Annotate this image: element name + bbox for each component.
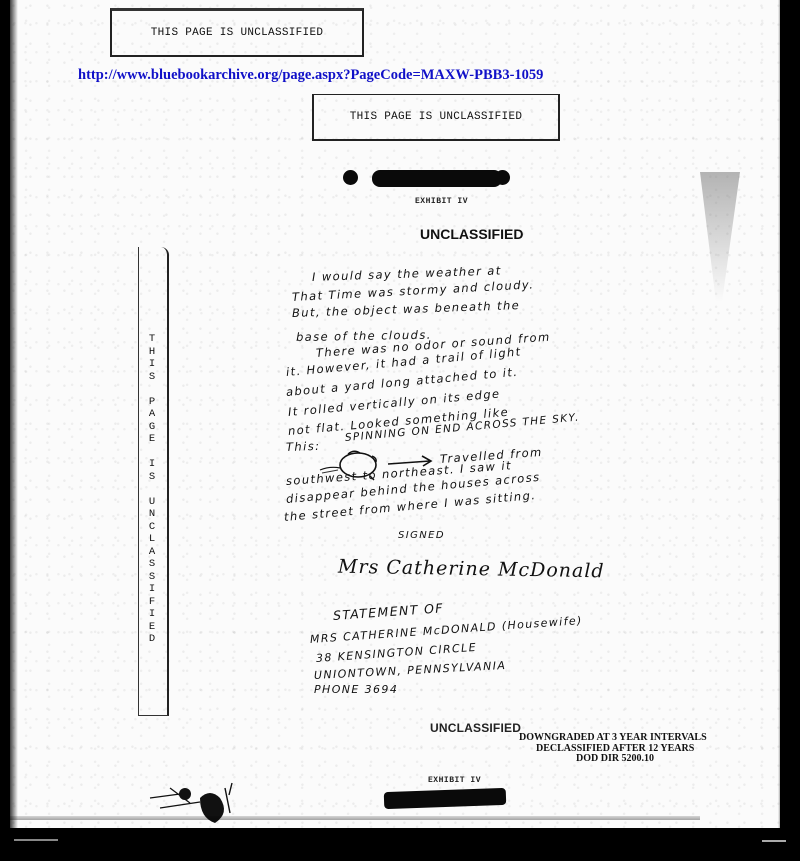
side-stamp-letter: G <box>149 421 155 434</box>
signed-label: SIGNED <box>398 530 445 541</box>
signature: Mrs Catherine McDonald <box>338 556 605 583</box>
scan-artifact <box>14 839 58 841</box>
side-stamp-letter: I <box>149 608 155 621</box>
hole-punch-left <box>343 170 358 185</box>
statement-phone: PHONE 3694 <box>314 683 398 696</box>
side-stamp-letter: I <box>149 358 155 371</box>
declassification-line: DOWNGRADED AT 3 YEAR INTERVALS <box>519 732 707 743</box>
side-stamp-letter: C <box>149 521 155 534</box>
exhibit-label-bottom: EXHIBIT IV <box>428 776 481 785</box>
unclassified-heading: UNCLASSIFIED <box>420 226 523 242</box>
side-stamp-letter: N <box>149 508 155 521</box>
side-stamp-letter: S <box>149 371 155 384</box>
side-stamp-letter: S <box>149 471 155 484</box>
side-stamp-letter: S <box>149 558 155 571</box>
side-stamp-letter: I <box>149 458 155 471</box>
hole-punch-right <box>495 170 510 185</box>
side-stamp-letter: S <box>149 571 155 584</box>
side-stamp-letter: D <box>149 633 155 646</box>
side-stamp-vertical-text: THIS PAGE IS UNCLASSIFIED <box>142 333 162 646</box>
unclassified-stamp-mid: THIS PAGE IS UNCLASSIFIED <box>312 94 560 141</box>
scan-fold-shadow <box>10 816 700 820</box>
scan-bottom-border <box>0 828 800 861</box>
archive-url-link[interactable]: http://www.bluebookarchive.org/page.aspx… <box>78 67 543 84</box>
side-stamp-letter: T <box>149 333 155 346</box>
handwritten-line: This: <box>286 439 321 454</box>
side-stamp-letter: A <box>149 408 155 421</box>
stamp-mid-text: THIS PAGE IS UNCLASSIFIED <box>350 111 523 123</box>
side-stamp-letter: U <box>149 496 155 509</box>
side-stamp-letter: L <box>149 533 155 546</box>
stamp-top-text: THIS PAGE IS UNCLASSIFIED <box>151 27 324 39</box>
side-stamp-letter: E <box>149 621 155 634</box>
side-stamp-letter <box>149 483 155 496</box>
side-stamp-letter: H <box>149 346 155 359</box>
side-stamp-letter: P <box>149 396 155 409</box>
ink-blot-mark <box>140 778 280 828</box>
unclassified-stamp-bottom: UNCLASSIFIED <box>430 721 521 735</box>
side-stamp-letter: A <box>149 546 155 559</box>
side-stamp-letter: F <box>149 596 155 609</box>
unclassified-stamp-top: THIS PAGE IS UNCLASSIFIED <box>110 8 364 57</box>
exhibit-label-top: EXHIBIT IV <box>415 197 468 206</box>
side-stamp-letter: E <box>149 433 155 446</box>
side-stamp-letter: I <box>149 583 155 596</box>
declassification-line: DOD DIR 5200.10 <box>576 753 654 764</box>
scan-right-edge <box>778 0 800 861</box>
redaction-bar-top <box>372 170 502 187</box>
scan-artifact <box>762 840 786 842</box>
scan-left-edge <box>0 0 18 861</box>
side-stamp-letter <box>149 383 155 396</box>
side-stamp-letter <box>149 446 155 459</box>
